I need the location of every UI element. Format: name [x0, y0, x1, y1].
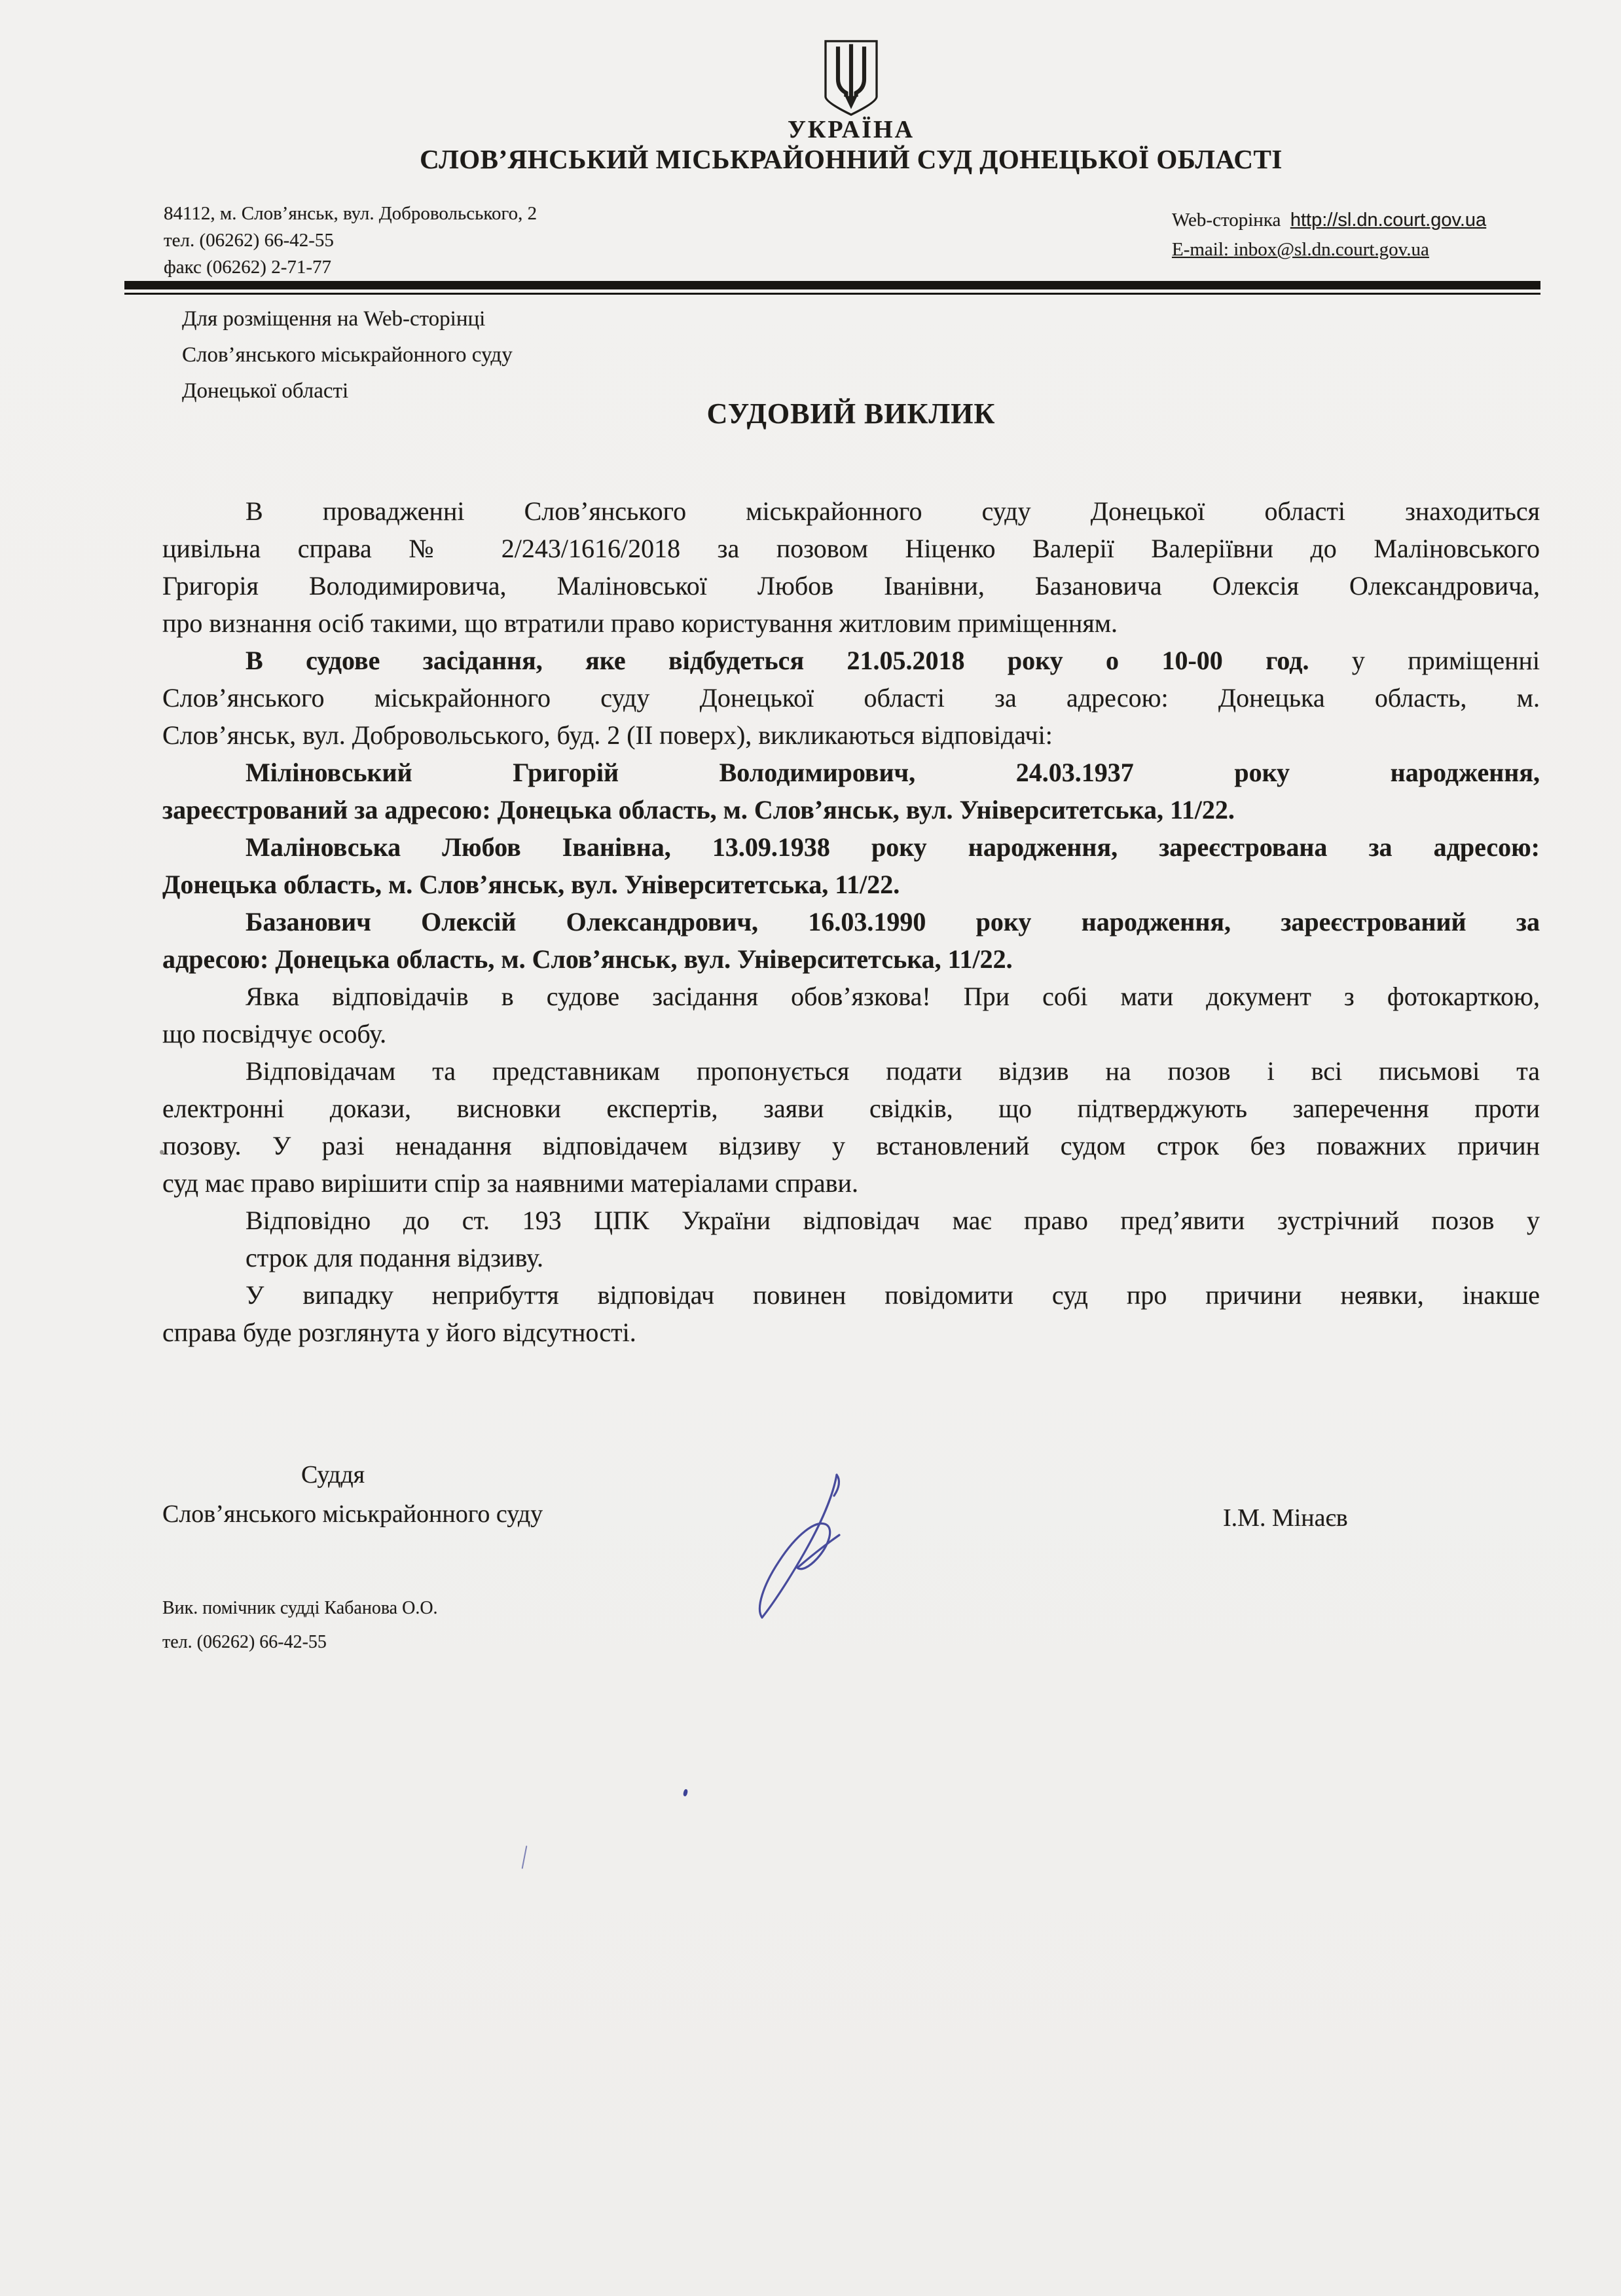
body-run: справа буде розглянута у його відсутност…	[162, 1318, 636, 1347]
phone-line: тел. (06262) 66-42-55	[164, 227, 537, 254]
judge-role-line: Суддя	[301, 1460, 365, 1489]
body-line-response: позову. У разі ненадання відповідачем ві…	[162, 1127, 1540, 1164]
body-line-response: Відповідачам та представникам пропонуєть…	[162, 1052, 1540, 1090]
body-line-attendance: що посвідчує особу.	[162, 1015, 1540, 1052]
web-label: Web-сторінка	[1172, 210, 1281, 231]
body-run: Слов’янського міськрайонного суду Донець…	[162, 683, 1540, 713]
body-run: Відповідно до ст. 193 ЦПК України відпов…	[246, 1206, 1540, 1235]
body-line-case-intro: цивільна справа № 2/243/1616/2018 за поз…	[162, 530, 1540, 567]
trident-shield-icon	[820, 39, 883, 117]
judge-name: І.М. Мінаєв	[1223, 1504, 1348, 1532]
scanned-court-summons-page: УКРАЇНА СЛОВ’ЯНСЬКИЙ МІСЬКРАЙОННИЙ СУД Д…	[0, 0, 1621, 2296]
body-line-defendant-1: Міліновський Григорій Володимирович, 24.…	[162, 754, 1540, 791]
body-line-hearing: Слов’янськ, вул. Добровольського, буд. 2…	[162, 716, 1540, 754]
handwritten-signature	[738, 1466, 896, 1633]
placement-note-line: Для розміщення на Web-сторінці	[182, 301, 513, 337]
header-rule-thin	[124, 293, 1540, 295]
body-run: У випадку неприбуття відповідач повинен …	[246, 1280, 1540, 1310]
email-label: E-mail:	[1172, 239, 1229, 260]
postal-address: 84112, м. Слов’янськ, вул. Добровольсько…	[164, 200, 537, 227]
body-run: про визнання осіб такими, що втратили пр…	[162, 608, 1118, 638]
body-run: Базанович Олексій Олександрович, 16.03.1…	[246, 907, 1540, 936]
fax-line: факс (06262) 2-71-77	[164, 254, 537, 281]
body-line-case-intro: про визнання осіб такими, що втратили пр…	[162, 604, 1540, 642]
body-line-response: суд має право вирішити спір за наявними …	[162, 1164, 1540, 1202]
body-run: В судове засідання, яке відбудеться 21.0…	[246, 646, 1309, 675]
web-line: Web-сторінка http://sl.dn.court.gov.ua	[1172, 206, 1486, 235]
scan-artifact-dot	[160, 1150, 164, 1155]
court-web-contacts: Web-сторінка http://sl.dn.court.gov.ua E…	[1172, 206, 1486, 265]
header-rule-thick	[124, 281, 1540, 289]
body-run: Слов’янськ, вул. Добровольського, буд. 2…	[162, 720, 1053, 750]
web-url: http://sl.dn.court.gov.ua	[1290, 210, 1486, 231]
body-line-defendant-3: Базанович Олексій Олександрович, 16.03.1…	[162, 903, 1540, 940]
body-run: Маліновська Любов Іванівна, 13.09.1938 р…	[246, 832, 1540, 862]
web-placement-note: Для розміщення на Web-сторінці Слов’янсь…	[182, 301, 513, 409]
body-run: Міліновський Григорій Володимирович, 24.…	[246, 758, 1540, 787]
body-run: у приміщенні	[1309, 646, 1540, 675]
email-address: inbox@sl.dn.court.gov.ua	[1233, 239, 1429, 260]
body-line-absence: У випадку неприбуття відповідач повинен …	[162, 1276, 1540, 1314]
body-run: цивільна справа № 2/243/1616/2018 за поз…	[162, 534, 1540, 563]
body-run: Явка відповідачів в судове засідання обо…	[246, 982, 1540, 1011]
body-run: що посвідчує особу.	[162, 1019, 386, 1048]
ukraine-trident-emblem	[820, 39, 883, 120]
body-run: зареєстрований за адресою: Донецька обла…	[162, 795, 1235, 824]
document-title: СУДОВИЙ ВИКЛИК	[162, 397, 1540, 430]
body-line-defendant-2: Маліновська Любов Іванівна, 13.09.1938 р…	[162, 828, 1540, 866]
body-run: позову. У разі ненадання відповідачем ві…	[162, 1131, 1540, 1160]
ink-stray-stroke	[522, 1845, 528, 1869]
court-address-block: 84112, м. Слов’янськ, вул. Добровольсько…	[164, 200, 537, 281]
body-line-defendant-2: Донецька область, м. Слов’янськ, вул. Ун…	[162, 866, 1540, 903]
email-line: E-mail: inbox@sl.dn.court.gov.ua	[1172, 235, 1486, 265]
country-title: УКРАЇНА	[162, 115, 1540, 144]
body-run: адресою: Донецька область, м. Слов’янськ…	[162, 944, 1013, 974]
court-name: СЛОВ’ЯНСЬКИЙ МІСЬКРАЙОННИЙ СУД ДОНЕЦЬКОЇ…	[162, 143, 1540, 175]
body-line-defendant-1: зареєстрований за адресою: Донецька обла…	[162, 791, 1540, 828]
body-line-case-intro: Григорія Володимировича, Маліновської Лю…	[162, 567, 1540, 604]
body-run: Григорія Володимировича, Маліновської Лю…	[162, 571, 1540, 601]
body-run: суд має право вирішити спір за наявними …	[162, 1168, 858, 1198]
signature-ink-icon	[738, 1466, 896, 1629]
body-run: строк для подання відзиву.	[246, 1243, 543, 1272]
body-line-response: електронні докази, висновки експертів, з…	[162, 1090, 1540, 1127]
body-line-counterclaim: строк для подання відзиву.	[162, 1239, 1540, 1276]
clerk-phone-line: тел. (06262) 66-42-55	[162, 1632, 327, 1653]
body-line-hearing: Слов’янського міськрайонного суду Донець…	[162, 679, 1540, 716]
body-line-counterclaim: Відповідно до ст. 193 ЦПК України відпов…	[162, 1202, 1540, 1239]
body-line-defendant-3: адресою: Донецька область, м. Слов’янськ…	[162, 940, 1540, 978]
body-line-absence: справа буде розглянута у його відсутност…	[162, 1314, 1540, 1351]
clerk-name-line: Вик. помічник судді Кабанова О.О.	[162, 1598, 438, 1619]
body-line-case-intro: В провадженні Слов’янського міськрайонно…	[162, 492, 1540, 530]
ink-speck	[683, 1788, 688, 1796]
body-run: Відповідачам та представникам пропонуєть…	[246, 1056, 1540, 1086]
placement-note-line: Слов’янського міськрайонного суду	[182, 337, 513, 373]
body-run: Донецька область, м. Слов’янськ, вул. Ун…	[162, 870, 900, 899]
body-run: електронні докази, висновки експертів, з…	[162, 1094, 1540, 1123]
body-paragraphs: В провадженні Слов’янського міськрайонно…	[162, 492, 1540, 1351]
body-line-attendance: Явка відповідачів в судове засідання обо…	[162, 978, 1540, 1015]
body-run: В провадженні Слов’янського міськрайонно…	[246, 496, 1540, 526]
judge-court-line: Слов’янського міськрайонного суду	[162, 1500, 543, 1528]
body-line-hearing: В судове засідання, яке відбудеться 21.0…	[162, 642, 1540, 679]
